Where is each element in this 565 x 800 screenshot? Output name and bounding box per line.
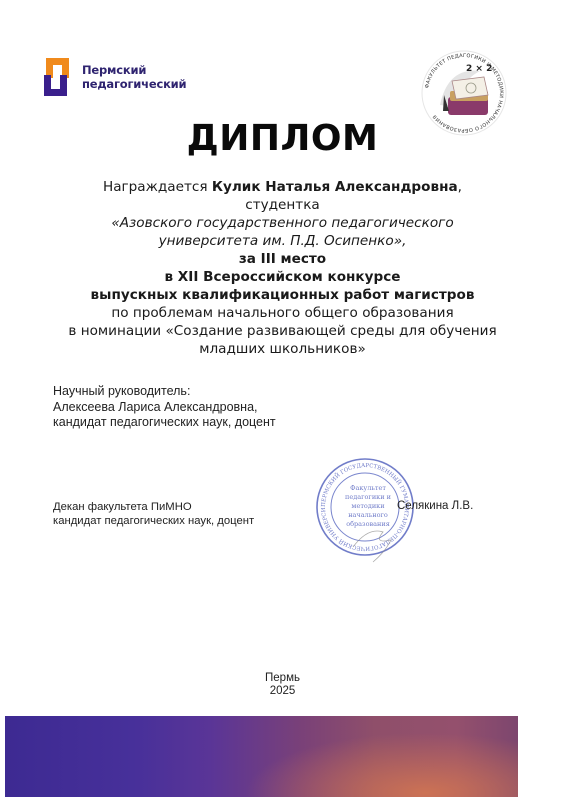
supervisor-block: Научный руководитель: Алексеева Лариса А…	[53, 384, 276, 431]
contest-line-1: в XII Всероссийском конкурсе	[40, 268, 525, 286]
supervisor-name: Алексеева Лариса Александровна,	[53, 400, 276, 416]
recipient-role: студентка	[40, 196, 525, 214]
supervisor-label: Научный руководитель:	[53, 384, 276, 400]
award-prefix: Награждается	[103, 179, 212, 195]
official-stamp: ПЕРМСКИЙ ГОСУДАРСТВЕННЫЙ ГУМАНИТАРНО-ПЕД…	[313, 452, 418, 577]
award-recipient-line: Награждается Кулик Наталья Александровна…	[40, 178, 525, 196]
diploma-title: ДИПЛОМ	[0, 118, 565, 159]
svg-text:методики: методики	[351, 502, 384, 510]
logo-line2: педагогический	[82, 77, 186, 91]
svg-text:педагогики и: педагогики и	[345, 493, 391, 501]
university-line-1: «Азовского государственного педагогическ…	[40, 214, 525, 232]
footer-gradient-band	[5, 716, 518, 797]
contest-topic: по проблемам начального общего образован…	[40, 304, 525, 322]
contest-line-2: выпускных квалификационных работ магистр…	[40, 286, 525, 304]
dean-block: Декан факультета ПиМНО кандидат педагоги…	[53, 500, 254, 528]
svg-text:образования: образования	[346, 520, 390, 528]
svg-text:начального: начального	[348, 511, 388, 519]
recipient-name: Кулик Наталья Александровна	[212, 179, 458, 195]
recipient-suffix: ,	[458, 179, 462, 195]
svg-text:Факультет: Факультет	[350, 484, 386, 492]
place-year: Пермь 2025	[0, 672, 565, 698]
svg-text:2 × 2: 2 × 2	[466, 64, 492, 74]
city: Пермь	[0, 672, 565, 685]
dean-title: Декан факультета ПиМНО	[53, 500, 254, 514]
nomination-line-2: младших школьников»	[40, 340, 525, 358]
stamp-seal-icon: ПЕРМСКИЙ ГОСУДАРСТВЕННЫЙ ГУМАНИТАРНО-ПЕД…	[313, 452, 418, 577]
award-place: за III место	[40, 250, 525, 268]
logo-line1: Пермский	[82, 63, 186, 77]
university-logo-text: Пермский педагогический	[82, 63, 186, 91]
university-line-2: университета им. П.Д. Осипенко»,	[40, 232, 525, 250]
supervisor-degree: кандидат педагогических наук, доцент	[53, 415, 276, 431]
year: 2025	[0, 685, 565, 698]
university-logo-mark-icon	[42, 58, 72, 96]
university-logo: Пермский педагогический	[42, 58, 202, 98]
dean-name: Селякина Л.В.	[397, 500, 473, 512]
dean-degree: кандидат педагогических наук, доцент	[53, 514, 254, 528]
award-text: Награждается Кулик Наталья Александровна…	[40, 178, 525, 358]
nomination-line-1: в номинации «Создание развивающей среды …	[40, 322, 525, 340]
